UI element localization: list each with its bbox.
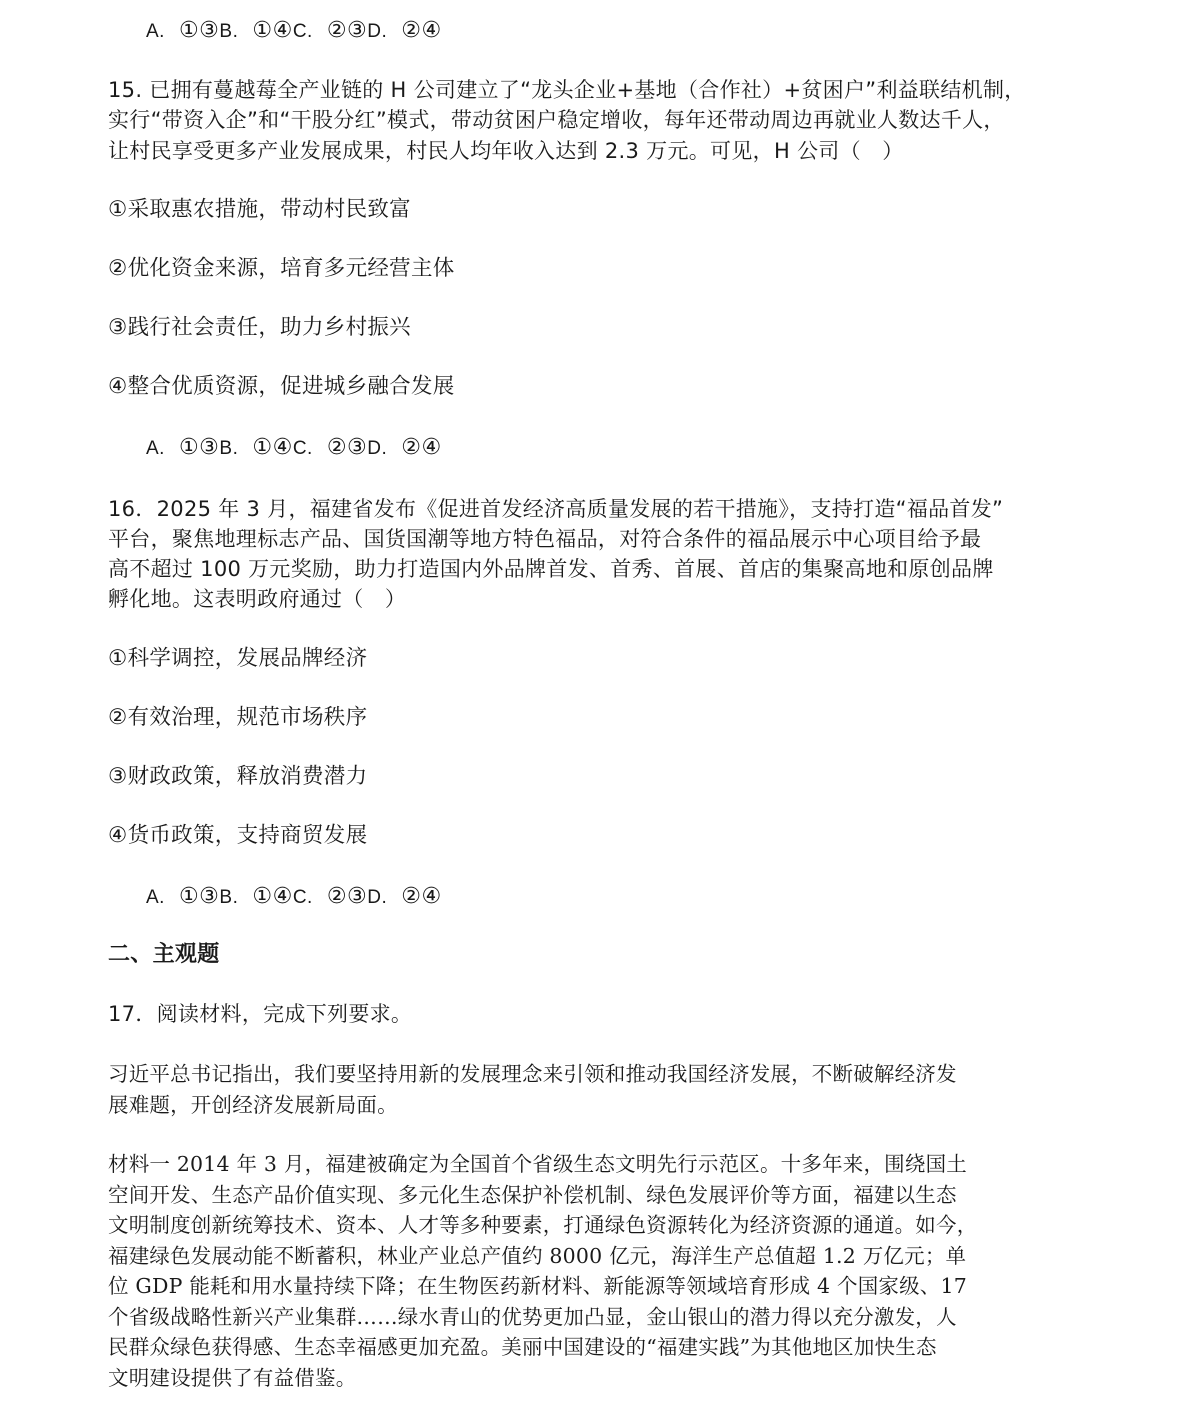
q15-stem-line-3: 让村民享受更多产业发展成果，村民人均年收入达到 2.3 万元。可见，H 公司（ … <box>108 136 904 166</box>
q15-choice-3: ③践行社会责任，助力乡村振兴 <box>108 313 411 343</box>
q17-intro-paragraph: 习近平总书记指出，我们要坚持用新的发展理念来引领和推动我国经济发展，不断破解经济… <box>108 1059 1083 1120</box>
q14-option-b-value: ①④ <box>252 18 292 43</box>
q14-option-c-letter: C. <box>293 21 313 42</box>
q16-choice-2: ②有效治理，规范市场秩序 <box>108 703 367 733</box>
q17-material-1-line-8: 文明建设提供了有益借鉴。 <box>108 1363 1083 1394</box>
q16-stem-line-4: 孵化地。这表明政府通过（ ） <box>108 584 406 614</box>
q15-choice-1: ①采取惠农措施，带动村民致富 <box>108 195 411 225</box>
q14-option-d-value: ②④ <box>401 18 441 43</box>
q17-material-1-line-6: 个省级战略性新兴产业集群……绿水青山的优势更加凸显，金山银山的潜力得以充分激发，… <box>108 1302 1083 1333</box>
q15-stem-line-1: 15. 已拥有蔓越莓全产业链的 H 公司建立了“龙头企业+基地（合作社）+贫困户… <box>108 75 1026 105</box>
q16-stem-line-1: 16．2025 年 3 月，福建省发布《促进首发经济高质量发展的若干措施》，支持… <box>108 494 1003 524</box>
q15-option-a-value: ①③ <box>179 435 219 460</box>
q16-option-a-letter: A. <box>146 887 165 908</box>
q17-material-1-paragraph: 材料一 2014 年 3 月，福建被确定为全国首个省级生态文明先行示范区。十多年… <box>108 1149 1083 1393</box>
q16-option-b-value: ①④ <box>252 884 292 909</box>
q14-answer-options: A.①③B.①④C.②③D.②④ <box>146 15 442 47</box>
q14-option-b-letter: B. <box>219 21 238 42</box>
q16-choice-1: ①科学调控，发展品牌经济 <box>108 644 367 674</box>
q17-material-1-line-2: 空间开发、生态产品价值实现、多元化生态保护补偿机制、绿色发展评价等方面，福建以生… <box>108 1180 1083 1211</box>
q16-option-c-letter: C. <box>293 887 313 908</box>
q17-material-1-line-1: 材料一 2014 年 3 月，福建被确定为全国首个省级生态文明先行示范区。十多年… <box>108 1149 1083 1180</box>
q15-answer-options: A.①③B.①④C.②③D.②④ <box>146 432 442 464</box>
q16-choice-4: ④货币政策，支持商贸发展 <box>108 821 367 851</box>
exam-page: A.①③B.①④C.②③D.②④ 15. 已拥有蔓越莓全产业链的 H 公司建立了… <box>0 0 1190 1401</box>
q17-material-1-line-7: 民群众绿色获得感、生态幸福感更加充盈。美丽中国建设的“福建实践”为其他地区加快生… <box>108 1332 1083 1363</box>
q16-answer-options: A.①③B.①④C.②③D.②④ <box>146 881 442 913</box>
q14-option-c-value: ②③ <box>327 18 367 43</box>
q15-option-c-value: ②③ <box>327 435 367 460</box>
q15-option-b-letter: B. <box>219 438 238 459</box>
q17-material-1-line-4: 福建绿色发展动能不断蓄积，林业产业总产值约 8000 亿元，海洋生产总值超 1.… <box>108 1241 1083 1272</box>
q17-material-1-line-3: 文明制度创新统筹技术、资本、人才等多种要素，打通绿色资源转化为经济资源的通道。如… <box>108 1210 1083 1241</box>
q16-option-b-letter: B. <box>219 887 238 908</box>
q16-choice-3: ③财政政策，释放消费潜力 <box>108 762 367 792</box>
q15-option-b-value: ①④ <box>252 435 292 460</box>
q15-option-c-letter: C. <box>293 438 313 459</box>
q15-choice-4: ④整合优质资源，促进城乡融合发展 <box>108 372 455 402</box>
q15-option-a-letter: A. <box>146 438 165 459</box>
q16-option-d-letter: D. <box>367 887 387 908</box>
q16-stem-line-2: 平台，聚焦地理标志产品、国货国潮等地方特色福品，对符合条件的福品展示中心项目给予… <box>108 524 981 554</box>
q14-option-d-letter: D. <box>367 21 387 42</box>
q14-option-a-value: ①③ <box>179 18 219 43</box>
q16-stem-line-3: 高不超过 100 万元奖励，助力打造国内外品牌首发、首秀、首展、首店的集聚高地和… <box>108 554 994 584</box>
q17-intro-line-2: 展难题，开创经济发展新局面。 <box>108 1090 1083 1121</box>
q14-option-a-letter: A. <box>146 21 165 42</box>
q17-intro-line-1: 习近平总书记指出，我们要坚持用新的发展理念来引领和推动我国经济发展，不断破解经济… <box>108 1059 1083 1090</box>
q17-material-1-line-5: 位 GDP 能耗和用水量持续下降；在生物医药新材料、新能源等领域培育形成 4 个… <box>108 1271 1083 1302</box>
q17-stem: 17．阅读材料，完成下列要求。 <box>108 999 412 1029</box>
q16-option-d-value: ②④ <box>401 884 441 909</box>
q16-option-c-value: ②③ <box>327 884 367 909</box>
q16-option-a-value: ①③ <box>179 884 219 909</box>
section-heading-subjective: 二、主观题 <box>108 940 220 970</box>
q15-option-d-letter: D. <box>367 438 387 459</box>
q15-option-d-value: ②④ <box>401 435 441 460</box>
q15-choice-2: ②优化资金来源，培育多元经营主体 <box>108 254 455 284</box>
q15-stem-line-2: 实行“带资入企”和“干股分红”模式，带动贫困户稳定增收，每年还带动周边再就业人数… <box>108 105 1005 135</box>
